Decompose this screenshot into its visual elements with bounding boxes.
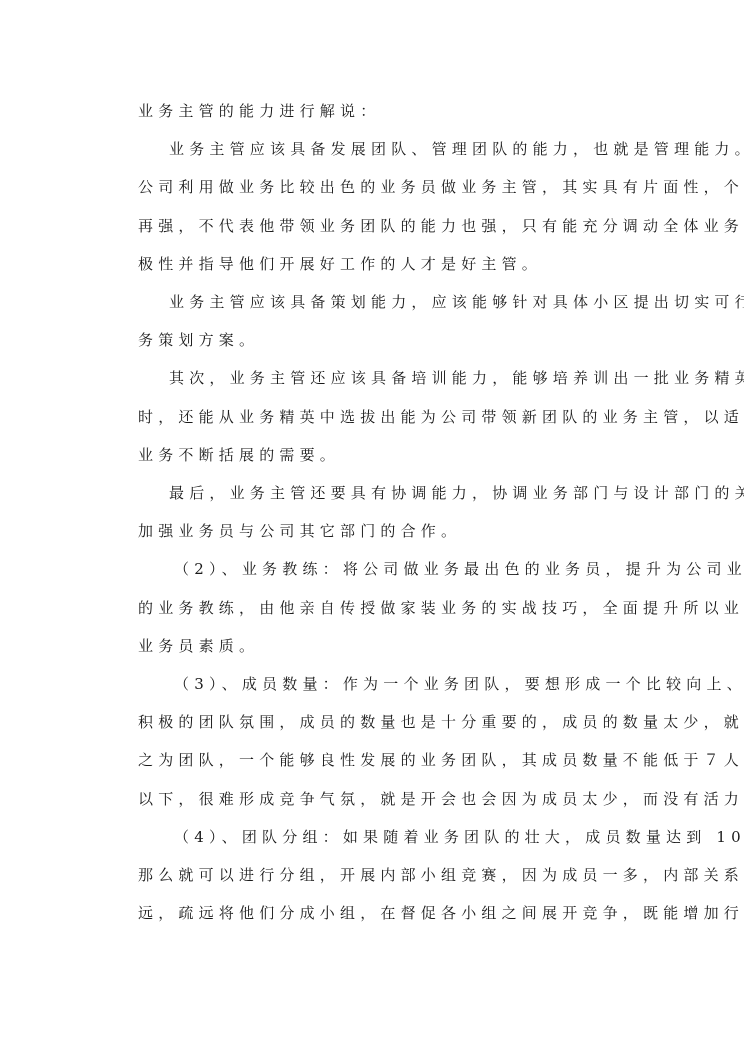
text-line: （3）、成员数量：作为一个业务团队，要想形成一个比较向上、稳定、 bbox=[138, 665, 632, 703]
paragraph-training-ability: 其次，业务主管还应该具备培训能力，能够培养训出一批业务精英，同 时，还能从业务精… bbox=[138, 359, 632, 474]
text-line: 业务不断括展的需要。 bbox=[138, 436, 632, 474]
text-line: 以下，很难形成竞争气氛，就是开会也会因为成员太少，而没有活力。 bbox=[138, 780, 632, 818]
text-line: 公司利用做业务比较出色的业务员做业务主管，其实具有片面性，个人能力 bbox=[138, 168, 632, 206]
paragraph-coordination-ability: 最后，业务主管还要具有协调能力，协调业务部门与设计部门的关系， 加强业务员与公司… bbox=[138, 474, 632, 550]
paragraph-intro: 业务主管的能力进行解说： bbox=[138, 92, 632, 130]
text-line: 时，还能从业务精英中选拔出能为公司带领新团队的业务主管，以适应公司 bbox=[138, 398, 632, 436]
paragraph-management-ability: 业务主管应该具备发展团队、管理团队的能力，也就是管理能力。一些 公司利用做业务比… bbox=[138, 130, 632, 283]
text-line: 再强，不代表他带领业务团队的能力也强，只有能充分调动全体业务成员积 bbox=[138, 207, 632, 245]
text-line: 务策划方案。 bbox=[138, 321, 632, 359]
paragraph-planning-ability: 业务主管应该具备策划能力，应该能够针对具体小区提出切实可行的业 务策划方案。 bbox=[138, 283, 632, 359]
text-line: 业务主管应该具备发展团队、管理团队的能力，也就是管理能力。一些 bbox=[138, 130, 632, 168]
text-line: 最后，业务主管还要具有协调能力，协调业务部门与设计部门的关系， bbox=[138, 474, 632, 512]
paragraph-member-count: （3）、成员数量：作为一个业务团队，要想形成一个比较向上、稳定、 积极的团队氛围… bbox=[138, 665, 632, 818]
text-line: （2）、业务教练：将公司做业务最出色的业务员，提升为公司业务团队 bbox=[138, 550, 632, 588]
paragraph-team-grouping: （4）、团队分组：如果随着业务团队的壮大，成员数量达到 10 人以上， 那么就可… bbox=[138, 818, 632, 933]
text-line: 加强业务员与公司其它部门的合作。 bbox=[138, 512, 632, 550]
text-line: 那么就可以进行分组，开展内部小组竞赛，因为成员一多，内部关系就会疏 bbox=[138, 856, 632, 894]
document-page: 业务主管的能力进行解说： 业务主管应该具备发展团队、管理团队的能力，也就是管理能… bbox=[138, 92, 632, 932]
text-line: 之为团队，一个能够良性发展的业务团队，其成员数量不能低于７人，７人 bbox=[138, 741, 632, 779]
paragraph-business-coach: （2）、业务教练：将公司做业务最出色的业务员，提升为公司业务团队 的业务教练，由… bbox=[138, 550, 632, 665]
text-line: 远，疏远将他们分成小组，在督促各小组之间展开竞争，既能增加行动的快 bbox=[138, 894, 632, 932]
text-line: 积极的团队氛围，成员的数量也是十分重要的，成员的数量太少，就不能称 bbox=[138, 703, 632, 741]
text-line: （4）、团队分组：如果随着业务团队的壮大，成员数量达到 10 人以上， bbox=[138, 818, 632, 856]
text-line: 业务主管应该具备策划能力，应该能够针对具体小区提出切实可行的业 bbox=[138, 283, 632, 321]
text-line: 的业务教练，由他亲自传授做家装业务的实战技巧，全面提升所以业务员的 bbox=[138, 589, 632, 627]
text-line: 业务员素质。 bbox=[138, 627, 632, 665]
text-line: 业务主管的能力进行解说： bbox=[138, 92, 632, 130]
text-line: 极性并指导他们开展好工作的人才是好主管。 bbox=[138, 245, 632, 283]
text-line: 其次，业务主管还应该具备培训能力，能够培养训出一批业务精英，同 bbox=[138, 359, 632, 397]
